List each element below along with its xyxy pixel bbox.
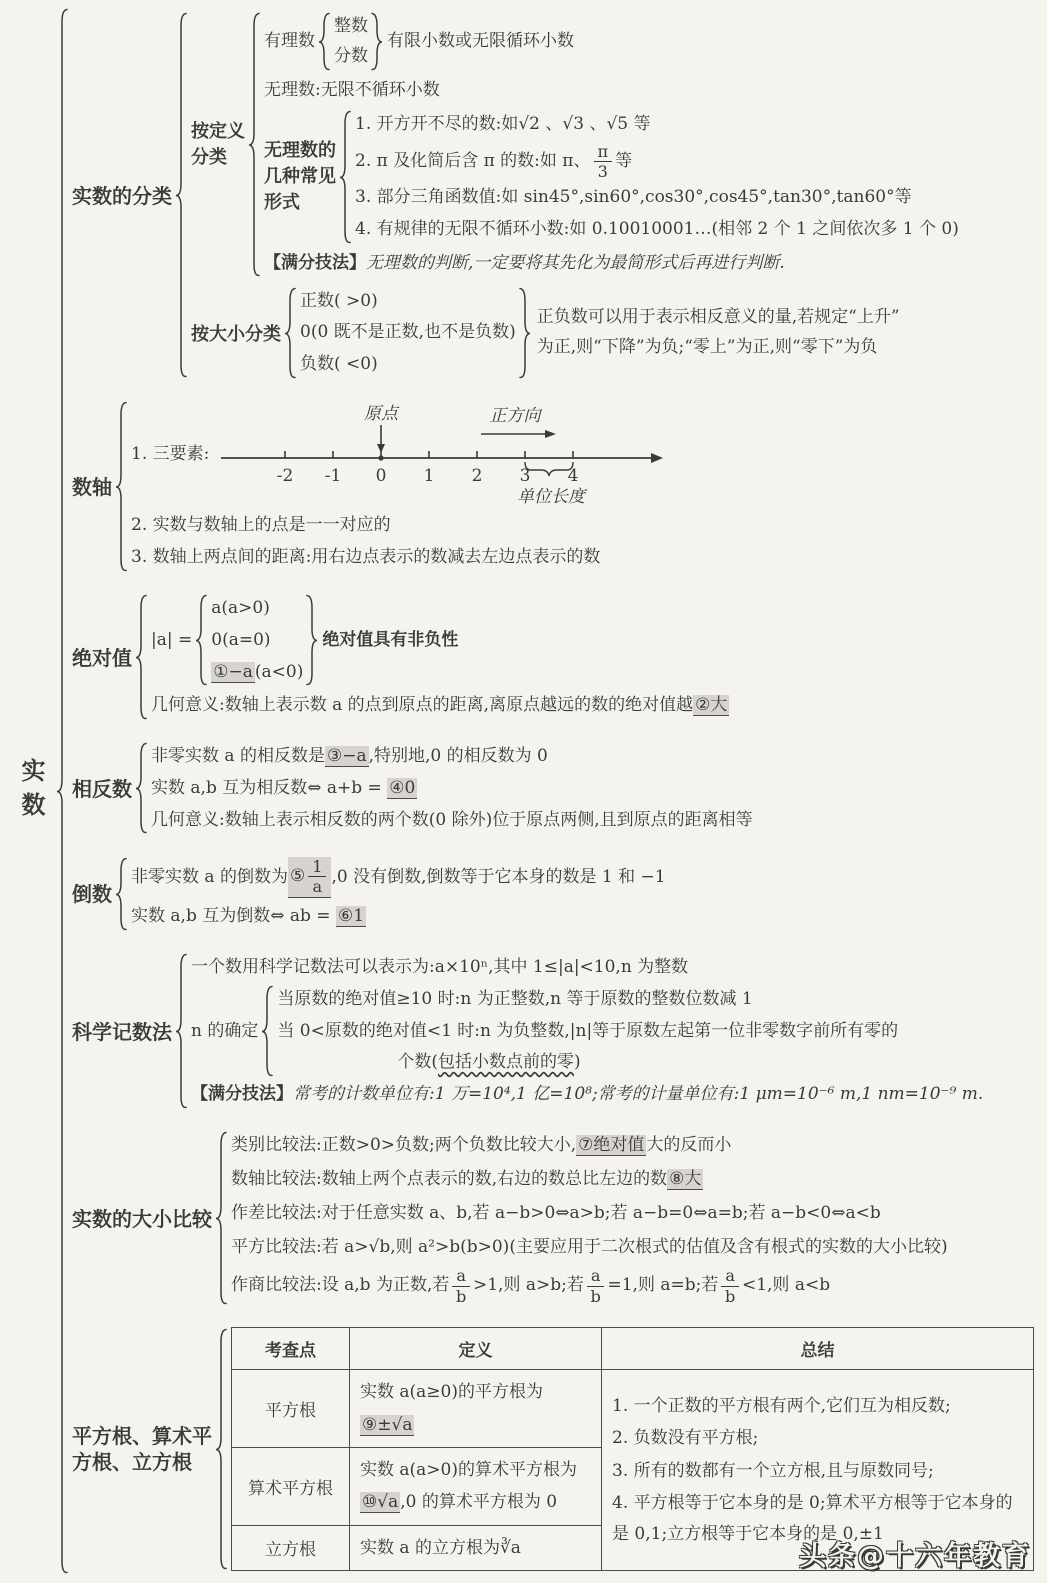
rational-line: 有理数 整数 分数 有限小数或无限循环小数 bbox=[264, 12, 959, 72]
opposite-body: 非零实数 a 的相反数是③−a,特别地,0 的相反数为 0 实数 a,b 互为相… bbox=[151, 742, 753, 835]
square-root-definition: 实数 a(a≥0)的平方根为 ⑨±√a bbox=[350, 1370, 602, 1448]
root-brace bbox=[56, 8, 69, 1575]
comparison-body: 类别比较法:正数>0>负数;两个负数比较大小,⑦绝对值大的反而小 数轴比较法:数… bbox=[231, 1131, 948, 1306]
reciprocal-line1-pre: 非零实数 a 的倒数为 bbox=[131, 863, 288, 893]
comparison-line1-pre: 类别比较法:正数>0>负数;两个负数比较大小, bbox=[231, 1135, 576, 1155]
a-over-b-fraction: ab bbox=[452, 1266, 470, 1306]
comparison-line2-pre: 数轴比较法:数轴上两个点表示的数,右边的数总比左边的数 bbox=[231, 1169, 667, 1189]
section-scientific-label: 科学记数法 bbox=[72, 1019, 172, 1045]
definition-tip: 【满分技法】无理数的判断,一定要将其先化为最简形式后再进行判断. bbox=[264, 249, 959, 279]
by-definition-label-line2: 分类 bbox=[191, 145, 245, 171]
fraction-numerator: a bbox=[452, 1266, 470, 1286]
rational-open-brace bbox=[318, 12, 331, 72]
root-topic-label: 实数 bbox=[14, 758, 49, 826]
n-case2-line2-wavy: 包括小数点前的零 bbox=[438, 1052, 574, 1072]
by-size-group: 按大小分类 正数( >0) 0(0 既不是正数,也不是负数) 负数( <0) 正… bbox=[191, 287, 959, 380]
by-size-note-line1: 正负数可以用于表示相反意义的量,若规定“上升” bbox=[537, 303, 900, 333]
n-determination-brace bbox=[261, 985, 274, 1078]
section-absolute-value-label: 绝对值 bbox=[72, 645, 132, 671]
pi-over-3-fraction: π3 bbox=[594, 142, 613, 182]
origin-dot bbox=[379, 456, 384, 461]
number-line-body: 1. 三要素: 原点 正方向 bbox=[131, 401, 679, 573]
by-size-item-positive: 正数( >0) bbox=[300, 287, 516, 317]
n-case1: 当原数的绝对值≥10 时:n 为正整数,n 等于原数的整数位数减 1 bbox=[277, 985, 898, 1015]
comparison-line2-answer: ⑧大 bbox=[667, 1169, 703, 1190]
by-definition-body: 有理数 整数 分数 有限小数或无限循环小数 无理数:无限不循环小数 bbox=[264, 12, 959, 279]
forms-label-line2: 几种常见 bbox=[264, 164, 336, 190]
opposite-brace bbox=[135, 742, 148, 835]
opposite-line2: 实数 a,b 互为相反数⇔ a+b = ④0 bbox=[151, 774, 753, 804]
sections-column: 实数的分类 按定义 分类 有理数 bbox=[72, 8, 1041, 1575]
rational-tail: 有限小数或无限循环小数 bbox=[387, 27, 574, 57]
fraction-numerator: π bbox=[594, 142, 613, 162]
abs-geometric-answer: ②大 bbox=[693, 695, 729, 716]
arithmetic-square-root-definition: 实数 a(a>0)的算术平方根为⑩√a,0 的算术平方根为 0 bbox=[350, 1448, 602, 1526]
section-reciprocal-label: 倒数 bbox=[72, 881, 112, 907]
forms-item-2-pre: 2. π 及化简后含 π 的数:如 π、 bbox=[355, 147, 591, 177]
opposite-line2-pre: 实数 a,b 互为相反数⇔ a+b = bbox=[151, 778, 382, 798]
roots-table-header-row: 考查点 定义 总结 bbox=[232, 1328, 1034, 1370]
abs-case-negative-answer: ①−a bbox=[211, 662, 255, 683]
by-size-item-negative: 负数( <0) bbox=[300, 350, 516, 380]
irrational-forms-label: 无理数的 几种常见 形式 bbox=[264, 138, 336, 216]
opposite-line1-pre: 非零实数 a 的相反数是 bbox=[151, 746, 325, 766]
tick-label: -2 bbox=[277, 466, 294, 486]
comparison-brace bbox=[215, 1131, 228, 1306]
unit-length-label: 单位长度 bbox=[517, 487, 588, 507]
fraction-denominator: 3 bbox=[598, 162, 608, 181]
arithmetic-square-root-answer: ⑩√a bbox=[360, 1492, 400, 1513]
section-comparison-label: 实数的大小比较 bbox=[72, 1206, 212, 1232]
arithmetic-square-root-name: 算术平方根 bbox=[232, 1448, 350, 1526]
abs-property: 绝对值具有非负性 bbox=[322, 626, 458, 656]
tick-label: 3 bbox=[520, 466, 531, 486]
tick-label: 0 bbox=[376, 466, 387, 486]
absolute-value-formula: |a| = a(a>0) 0(a=0) ①−a(a<0) 绝对值具有非负性 bbox=[151, 594, 729, 687]
axis-arrowhead bbox=[651, 453, 663, 463]
summary-item-1: 1. 一个正数的平方根有两个,它们互为相反数; bbox=[612, 1391, 1023, 1422]
opposite-line1-post: ,特别地,0 的相反数为 0 bbox=[369, 746, 548, 766]
n-case2-line2-post: ) bbox=[574, 1052, 581, 1072]
scientific-brace bbox=[175, 953, 188, 1110]
mindmap-page: 实数 实数的分类 按定义 分类 有理数 bbox=[0, 0, 1047, 1583]
abs-case-negative-condition: (a<0) bbox=[255, 662, 303, 682]
n-case2-line2-pre: 个数( bbox=[397, 1052, 438, 1072]
fraction-numerator: 1 bbox=[308, 857, 326, 877]
section-comparison: 实数的大小比较 类别比较法:正数>0>负数;两个负数比较大小,⑦绝对值大的反而小… bbox=[72, 1131, 1041, 1306]
direction-label: 正方向 bbox=[490, 406, 543, 426]
watermark: 头条@十六年教育 bbox=[799, 1534, 1031, 1573]
reciprocal-line2: 实数 a,b 互为倒数⇔ ab = ⑥1 bbox=[131, 902, 666, 932]
tip-tag: 【满分技法】 bbox=[191, 1084, 293, 1104]
tip-tag: 【满分技法】 bbox=[264, 253, 366, 273]
abs-geometric-text: 几何意义:数轴上表示数 a 的点到原点的距离,离原点越远的数的绝对值越 bbox=[151, 695, 693, 715]
fraction-numerator: a bbox=[721, 1266, 739, 1286]
n-determination-cases: 当原数的绝对值≥10 时:n 为正整数,n 等于原数的整数位数减 1 当 0<原… bbox=[277, 985, 898, 1078]
one-over-a-fraction: 1a bbox=[308, 857, 326, 897]
by-size-items: 正数( >0) 0(0 既不是正数,也不是负数) 负数( <0) bbox=[300, 287, 516, 380]
tick-label: 4 bbox=[568, 466, 579, 486]
section-scientific-notation: 科学记数法 一个数用科学记数法可以表示为:a×10ⁿ,其中 1≤|a|<10,n… bbox=[72, 953, 1041, 1110]
circled-five: ⑤ bbox=[290, 862, 305, 892]
roots-brace bbox=[215, 1327, 228, 1570]
section-opposite-label: 相反数 bbox=[72, 776, 132, 802]
reciprocal-body: 非零实数 a 的倒数为 ⑤1a ,0 没有倒数,倒数等于它本身的数是 1 和 −… bbox=[131, 857, 666, 932]
reciprocal-line2-answer: ⑥1 bbox=[336, 906, 366, 927]
abs-geometric-meaning: 几何意义:数轴上表示数 a 的点到原点的距离,离原点越远的数的绝对值越②大 bbox=[151, 691, 729, 721]
a-over-b-fraction: ab bbox=[721, 1266, 739, 1306]
comparison-line5-post: <1,则 a<b bbox=[742, 1271, 830, 1301]
tick-label: 1 bbox=[424, 466, 435, 486]
root-row: 实数 实数的分类 按定义 分类 有理数 bbox=[14, 8, 1041, 1575]
reciprocal-line1-post: ,0 没有倒数,倒数等于它本身的数是 1 和 −1 bbox=[331, 863, 665, 893]
abs-case-zero: 0(a=0) bbox=[211, 626, 303, 656]
fraction-denominator: b bbox=[456, 1287, 466, 1306]
number-line-item3: 3. 数轴上两点间的距离:用右边点表示的数减去左边点表示的数 bbox=[131, 543, 679, 573]
roots-label-line1: 平方根、算术平 bbox=[72, 1423, 212, 1449]
number-line-item1: 1. 三要素: 原点 正方向 bbox=[131, 401, 679, 509]
comparison-by-category: 类别比较法:正数>0>负数;两个负数比较大小,⑦绝对值大的反而小 bbox=[231, 1131, 948, 1161]
fraction-denominator: b bbox=[725, 1287, 735, 1306]
tick-label: 2 bbox=[472, 466, 483, 486]
by-definition-label: 按定义 分类 bbox=[191, 119, 245, 171]
irrational-forms-list: 1. 开方开不尽的数:如√2 、√3 、√5 等 2. π 及化简后含 π 的数… bbox=[355, 110, 959, 245]
opposite-line1-answer: ③−a bbox=[325, 746, 369, 767]
section-classification: 实数的分类 按定义 分类 有理数 bbox=[72, 12, 1041, 380]
by-definition-group: 按定义 分类 有理数 整数 分数 bbox=[191, 12, 959, 279]
comparison-by-quotient: 作商比较法:设 a,b 为正数,若 ab >1,则 a>b;若 ab =1,则 … bbox=[231, 1266, 948, 1306]
reciprocal-line1-answer: ⑤1a bbox=[288, 857, 332, 898]
comparison-by-difference: 作差比较法:对于任意实数 a、b,若 a−b>0⇔a>b;若 a−b=0⇔a=b… bbox=[231, 1199, 948, 1229]
abs-cases-close-brace bbox=[306, 594, 319, 687]
section-absolute-value: 绝对值 |a| = a(a>0) 0(a=0) ①−a(a<0) bbox=[72, 594, 1041, 721]
forms-label-line1: 无理数的 bbox=[264, 138, 336, 164]
comparison-line1-post: 大的反而小 bbox=[646, 1135, 731, 1155]
comparison-line1-answer: ⑦绝对值 bbox=[576, 1135, 646, 1156]
summary-item-2: 2. 负数没有平方根; bbox=[612, 1423, 1023, 1454]
rational-cases: 整数 分数 bbox=[334, 12, 368, 72]
irrational-line: 无理数:无限不循环小数 bbox=[264, 76, 959, 106]
number-line-brace bbox=[115, 401, 128, 573]
forms-label-line3: 形式 bbox=[264, 190, 336, 216]
rational-lower: 分数 bbox=[334, 42, 368, 72]
forms-item-2-post: 等 bbox=[615, 147, 632, 177]
header-exam-point: 考查点 bbox=[232, 1328, 350, 1370]
number-line-diagram: 原点 正方向 bbox=[209, 401, 679, 509]
direction-arrowhead bbox=[545, 430, 556, 438]
section-classification-label: 实数的分类 bbox=[72, 183, 172, 209]
opposite-line2-answer: ④0 bbox=[387, 778, 417, 799]
square-root-def-text: 实数 a(a≥0)的平方根为 bbox=[360, 1382, 543, 1402]
by-size-close-brace bbox=[519, 287, 532, 380]
tick-label: -1 bbox=[325, 466, 342, 486]
square-root-answer: ⑨±√a bbox=[360, 1415, 414, 1436]
reciprocal-brace bbox=[115, 857, 128, 932]
reciprocal-line2-pre: 实数 a,b 互为倒数⇔ ab = bbox=[131, 906, 331, 926]
opposite-line1: 非零实数 a 的相反数是③−a,特别地,0 的相反数为 0 bbox=[151, 742, 753, 772]
by-definition-brace bbox=[248, 12, 261, 279]
by-size-item-zero: 0(0 既不是正数,也不是负数) bbox=[300, 318, 516, 348]
section-number-line: 数轴 1. 三要素: 原点 正方向 bbox=[72, 401, 1041, 573]
absolute-value-body: |a| = a(a>0) 0(a=0) ①−a(a<0) 绝对值具有非负性 bbox=[151, 594, 729, 721]
scientific-body: 一个数用科学记数法可以表示为:a×10ⁿ,其中 1≤|a|<10,n 为整数 n… bbox=[191, 953, 983, 1110]
scientific-tip: 【满分技法】常考的计数单位有:1 万=10⁴,1 亿=10⁸;常考的计量单位有:… bbox=[191, 1080, 983, 1110]
abs-cases: a(a>0) 0(a=0) ①−a(a<0) bbox=[211, 594, 303, 687]
summary-item-3: 3. 所有的数都有一个立方根,且与原数同号; bbox=[612, 1456, 1023, 1487]
forms-item-2: 2. π 及化简后含 π 的数:如 π、 π3 等 bbox=[355, 142, 959, 182]
square-root-name: 平方根 bbox=[232, 1370, 350, 1448]
opposite-line3: 几何意义:数轴上表示相反数的两个数(0 除外)位于原点两侧,且到原点的距离相等 bbox=[151, 806, 753, 836]
unit-underbrace bbox=[525, 462, 573, 476]
by-size-note-line2: 为正,则“下降”为负;“零上”为正,则“零下”为负 bbox=[537, 333, 900, 363]
fraction-denominator: a bbox=[313, 877, 323, 896]
by-size-open-brace bbox=[284, 287, 297, 380]
by-size-label: 按大小分类 bbox=[191, 320, 281, 346]
comparison-by-number-line: 数轴比较法:数轴上两个点表示的数,右边的数总比左边的数⑧大 bbox=[231, 1165, 948, 1195]
by-definition-label-line1: 按定义 bbox=[191, 119, 245, 145]
comparison-line5-mid1: >1,则 a>b;若 bbox=[473, 1271, 584, 1301]
origin-label: 原点 bbox=[364, 404, 400, 424]
fraction-denominator: b bbox=[591, 1287, 601, 1306]
n-case2-line2: 个数(包括小数点前的零) bbox=[397, 1048, 898, 1078]
section-reciprocal: 倒数 非零实数 a 的倒数为 ⑤1a ,0 没有倒数,倒数等于它本身的数是 1 … bbox=[72, 857, 1041, 932]
tip-text: 无理数的判断,一定要将其先化为最简形式后再进行判断. bbox=[366, 253, 785, 273]
scientific-line1: 一个数用科学记数法可以表示为:a×10ⁿ,其中 1≤|a|<10,n 为整数 bbox=[191, 953, 983, 983]
abs-lhs: |a| = bbox=[151, 626, 192, 656]
comparison-by-square: 平方比较法:若 a>√b,则 a²>b(b>0)(主要应用于二次根式的估值及含有… bbox=[231, 1233, 948, 1263]
classification-body: 按定义 分类 有理数 整数 分数 bbox=[191, 12, 959, 380]
cube-root-definition: 实数 a 的立方根为∛a bbox=[350, 1525, 602, 1570]
rational-close-brace bbox=[371, 12, 384, 72]
a-over-b-fraction: ab bbox=[587, 1266, 605, 1306]
forms-item-3: 3. 部分三角函数值:如 sin45°,sin60°,cos30°,cos45°… bbox=[355, 183, 959, 213]
by-size-note: 正负数可以用于表示相反意义的量,若规定“上升” 为正,则“下降”为负;“零上”为… bbox=[537, 303, 900, 363]
reciprocal-line1: 非零实数 a 的倒数为 ⑤1a ,0 没有倒数,倒数等于它本身的数是 1 和 −… bbox=[131, 857, 666, 898]
forms-item-4: 4. 有规律的无限不循环小数:如 0.10010001…(相邻 2 个 1 之间… bbox=[355, 215, 959, 245]
cube-root-name: 立方根 bbox=[232, 1525, 350, 1570]
arithmetic-square-root-def-text: 实数 a(a>0)的算术平方根为 bbox=[360, 1460, 577, 1480]
n-case2-line1: 当 0<原数的绝对值<1 时:n 为负整数,|n|等于原数左起第一位非零数字前所… bbox=[277, 1017, 898, 1047]
forms-item-1: 1. 开方开不尽的数:如√2 、√3 、√5 等 bbox=[355, 110, 959, 140]
abs-cases-open-brace bbox=[195, 594, 208, 687]
header-definition: 定义 bbox=[350, 1328, 602, 1370]
roots-label-line2: 方根、立方根 bbox=[72, 1449, 212, 1475]
comparison-line5-mid2: =1,则 a=b;若 bbox=[607, 1271, 718, 1301]
arithmetic-square-root-def-post: ,0 的算术平方根为 0 bbox=[400, 1492, 557, 1512]
header-summary: 总结 bbox=[602, 1328, 1034, 1370]
comparison-line5-pre: 作商比较法:设 a,b 为正数,若 bbox=[231, 1271, 449, 1301]
classification-brace bbox=[175, 12, 188, 380]
abs-case-positive: a(a>0) bbox=[211, 594, 303, 624]
tip-text: 常考的计数单位有:1 万=10⁴,1 亿=10⁸;常考的计量单位有:1 μm=1… bbox=[293, 1084, 983, 1104]
rational-upper: 整数 bbox=[334, 12, 368, 42]
number-line-item1-prefix: 1. 三要素: bbox=[131, 440, 209, 470]
fraction-numerator: a bbox=[587, 1266, 605, 1286]
section-roots-label: 平方根、算术平 方根、立方根 bbox=[72, 1423, 212, 1475]
abs-case-negative: ①−a(a<0) bbox=[211, 658, 303, 688]
irrational-forms-brace bbox=[339, 110, 352, 245]
irrational-forms-group: 无理数的 几种常见 形式 1. 开方开不尽的数:如√2 、√3 、√5 等 2.… bbox=[264, 110, 959, 245]
number-line-item2: 2. 实数与数轴上的点是一一对应的 bbox=[131, 511, 679, 541]
n-determination-label: n 的确定 bbox=[191, 1017, 258, 1047]
table-row-square-root: 平方根 实数 a(a≥0)的平方根为 ⑨±√a 1. 一个正数的平方根有两个,它… bbox=[232, 1370, 1034, 1448]
absolute-value-brace bbox=[135, 594, 148, 721]
section-opposite-number: 相反数 非零实数 a 的相反数是③−a,特别地,0 的相反数为 0 实数 a,b… bbox=[72, 742, 1041, 835]
section-number-line-label: 数轴 bbox=[72, 474, 112, 500]
n-determination-group: n 的确定 当原数的绝对值≥10 时:n 为正整数,n 等于原数的整数位数减 1… bbox=[191, 985, 983, 1078]
rational-head: 有理数 bbox=[264, 27, 315, 57]
